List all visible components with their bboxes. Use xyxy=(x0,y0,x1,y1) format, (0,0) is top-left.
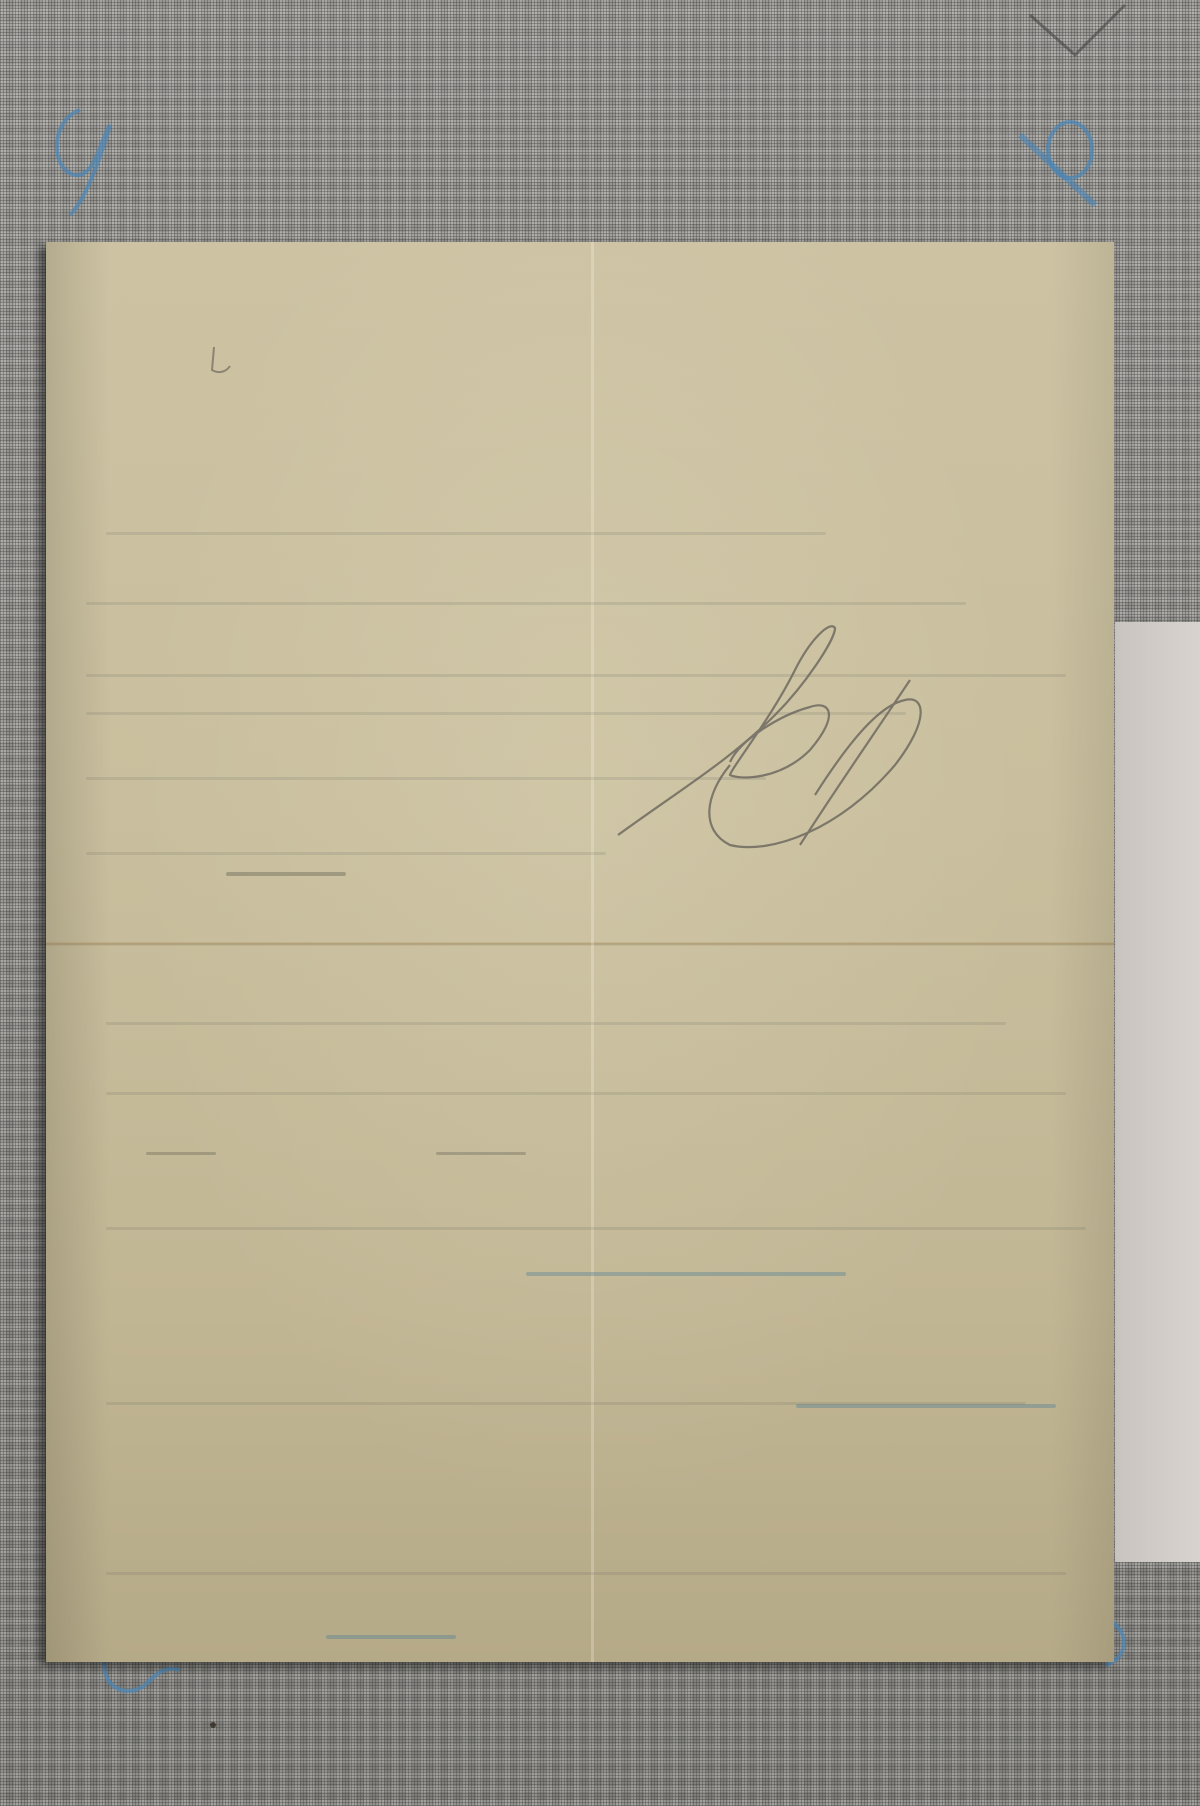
ink-show-through xyxy=(106,532,826,535)
blue-ink-show-through xyxy=(526,1272,846,1276)
debris-speck xyxy=(210,1722,216,1728)
ink-show-through xyxy=(106,1022,1006,1025)
pencil-signature-flourish xyxy=(600,600,950,900)
blue-ink-show-through xyxy=(326,1635,456,1639)
blue-corner-mark-bottom-left xyxy=(95,1655,185,1715)
blue-ink-show-through xyxy=(796,1404,1056,1408)
vertical-fold-crease xyxy=(591,242,594,1662)
ink-show-through xyxy=(436,1152,526,1155)
white-backing-sheet xyxy=(1115,622,1200,1562)
ink-show-through xyxy=(226,872,346,876)
blue-corner-mark-top-left xyxy=(40,100,130,220)
ink-show-through xyxy=(106,1227,1086,1230)
ink-show-through xyxy=(146,1152,216,1155)
document-paper xyxy=(46,242,1114,1662)
ink-show-through xyxy=(106,1572,1066,1575)
blue-corner-mark-top-right xyxy=(1010,110,1120,220)
pencil-mark-top-left xyxy=(204,342,244,382)
ink-show-through xyxy=(86,852,606,855)
horizontal-fold-crease xyxy=(46,942,1114,946)
ink-show-through xyxy=(106,1092,1066,1095)
pencil-check-mark-top-right xyxy=(1020,0,1130,70)
